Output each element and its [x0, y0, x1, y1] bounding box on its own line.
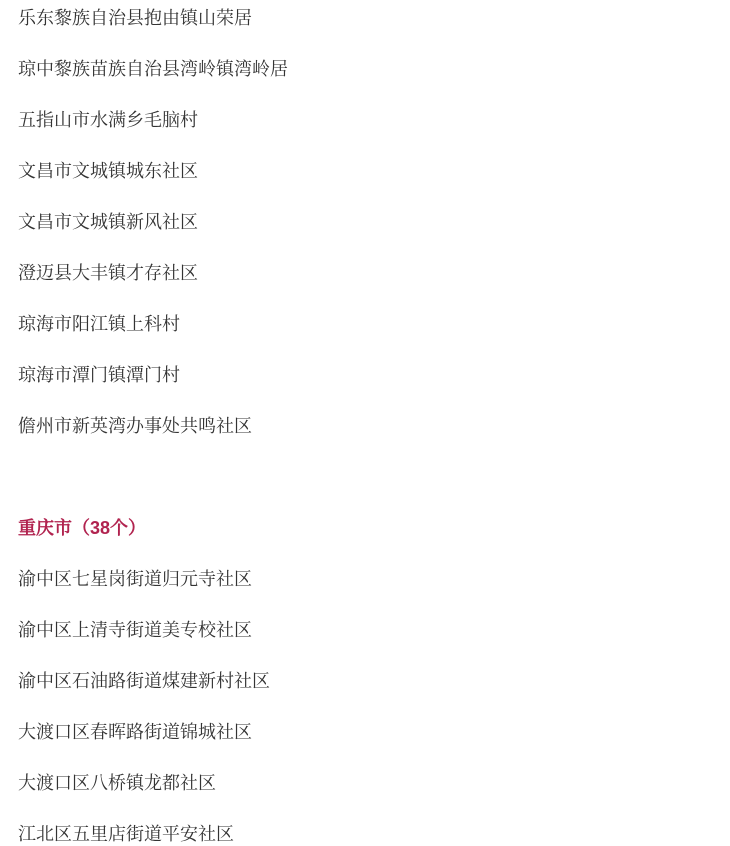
- section-chongqing: 重庆市（38个） 渝中区七星岗街道归元寺社区 渝中区上清寺街道美专校社区 渝中区…: [18, 516, 710, 846]
- section-header-chongqing: 重庆市（38个）: [18, 516, 710, 540]
- section-gap: [18, 465, 710, 516]
- list-item: 琼中黎族苗族自治县湾岭镇湾岭居: [18, 57, 710, 81]
- list-item: 五指山市水满乡毛脑村: [18, 108, 710, 132]
- list-item: 文昌市文城镇城东社区: [18, 159, 710, 183]
- list-item: 渝中区七星岗街道归元寺社区: [18, 567, 710, 591]
- list-item: 江北区五里店街道平安社区: [18, 822, 710, 846]
- list-item: 乐东黎族自治县抱由镇山荣居: [18, 6, 710, 30]
- list-item: 渝中区上清寺街道美专校社区: [18, 618, 710, 642]
- list-item: 琼海市阳江镇上科村: [18, 312, 710, 336]
- list-item: 大渡口区八桥镇龙都社区: [18, 771, 710, 795]
- list-item: 文昌市文城镇新风社区: [18, 210, 710, 234]
- list-item: 澄迈县大丰镇才存社区: [18, 261, 710, 285]
- list-item: 大渡口区春晖路街道锦城社区: [18, 720, 710, 744]
- article-body: 乐东黎族自治县抱由镇山荣居 琼中黎族苗族自治县湾岭镇湾岭居 五指山市水满乡毛脑村…: [0, 0, 730, 846]
- list-item: 儋州市新英湾办事处共鸣社区: [18, 414, 710, 438]
- list-item: 渝中区石油路街道煤建新村社区: [18, 669, 710, 693]
- section-top-list: 乐东黎族自治县抱由镇山荣居 琼中黎族苗族自治县湾岭镇湾岭居 五指山市水满乡毛脑村…: [18, 6, 710, 438]
- list-item: 琼海市潭门镇潭门村: [18, 363, 710, 387]
